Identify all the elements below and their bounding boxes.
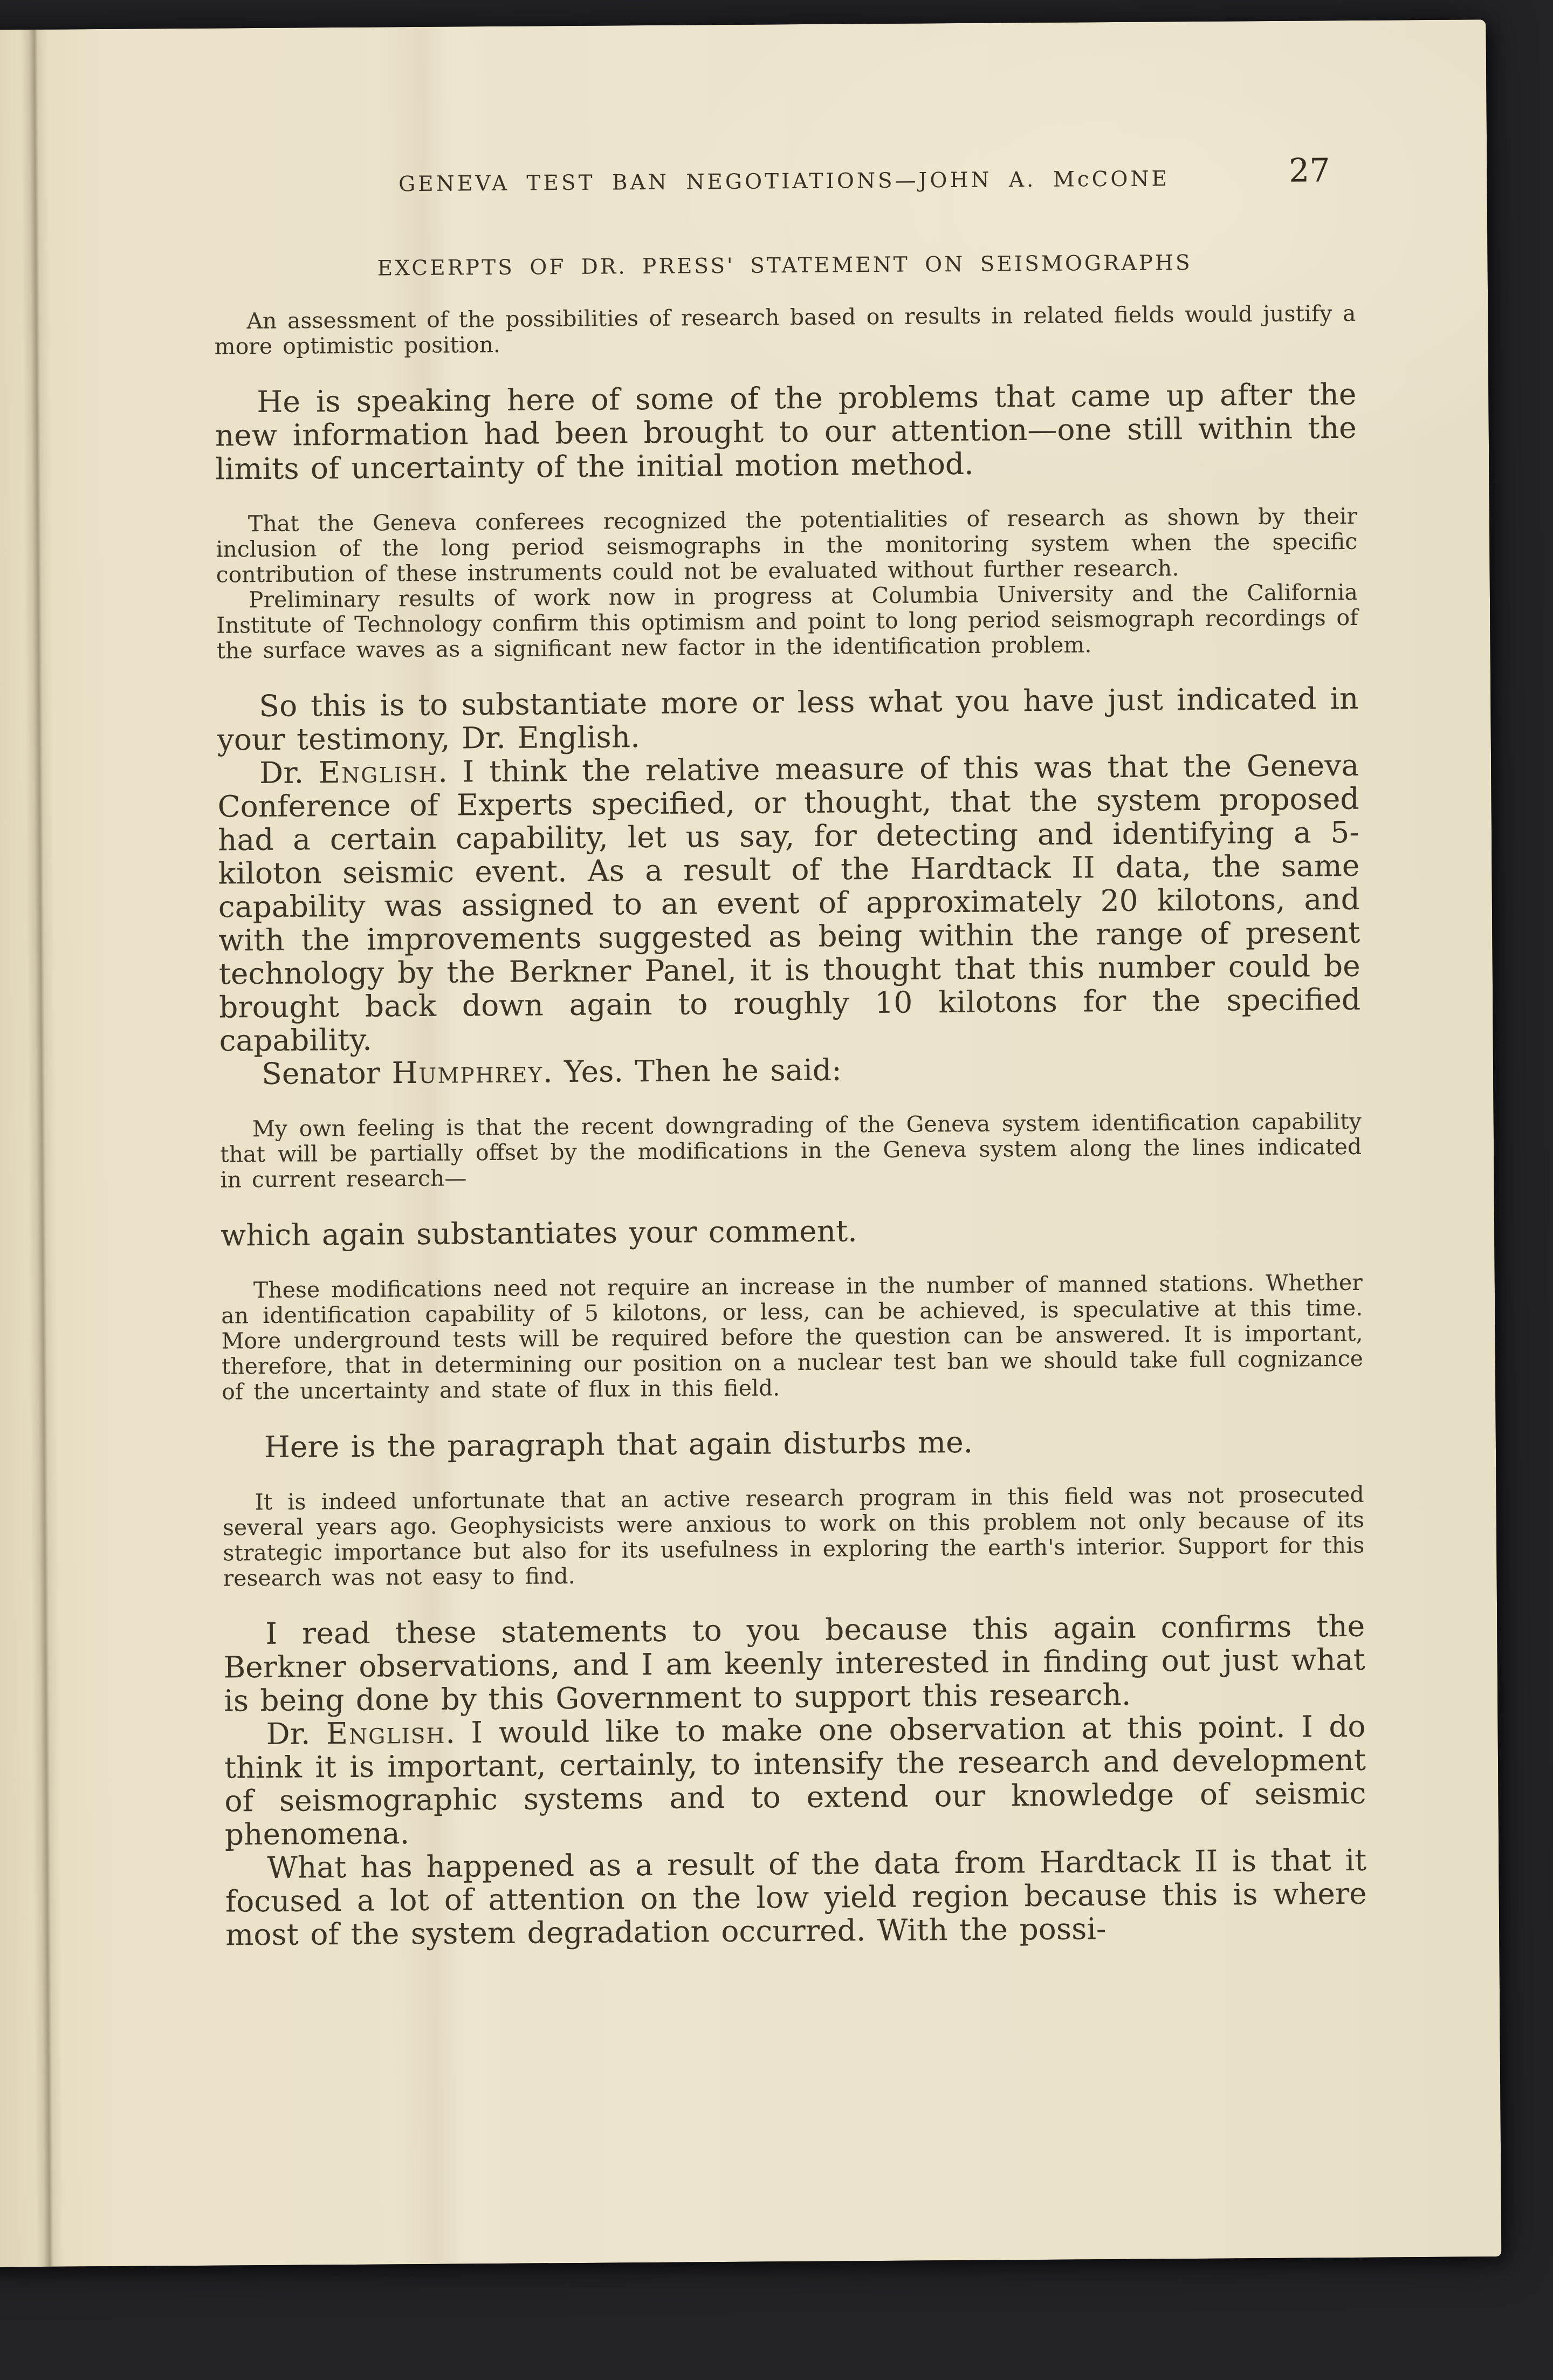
paragraph: Dr. English. I think the relative measur… (217, 749, 1361, 1058)
gutter-crease (20, 30, 64, 2267)
paragraph-text: Here is the paragraph that again disturb… (264, 1425, 973, 1464)
page-title: GENEVA TEST BAN NEGOTIATIONS—JOHN A. McC… (398, 167, 1170, 196)
paragraph-text: Senator (262, 1055, 392, 1091)
paragraph: He is speaking here of some of the probl… (215, 378, 1357, 486)
paragraph-text: It is indeed unfortunate that an active … (223, 1482, 1365, 1592)
speaker-name: English (326, 1716, 446, 1751)
paragraph: I read these statements to you because t… (223, 1609, 1365, 1718)
paragraph: Senator Humphrey. Yes. Then he said: (219, 1050, 1361, 1091)
paragraph-text: Dr. (259, 755, 319, 790)
paragraph: What has happened as a result of the dat… (225, 1843, 1367, 1952)
paper-page: GENEVA TEST BAN NEGOTIATIONS—JOHN A. McC… (0, 19, 1501, 2267)
paragraph-text: What has happened as a result of the dat… (225, 1843, 1367, 1952)
paragraph: Dr. English. I would like to make one ob… (224, 1710, 1366, 1851)
scanned-document: GENEVA TEST BAN NEGOTIATIONS—JOHN A. McC… (0, 0, 1553, 2380)
paragraph: My own feeling is that the recent downgr… (220, 1109, 1362, 1193)
speaker-name: English (319, 755, 438, 790)
paragraph-text: These modifications need not require an … (221, 1270, 1363, 1405)
paragraph: So this is to substantiate more or less … (217, 682, 1359, 757)
paragraph: These modifications need not require an … (221, 1270, 1364, 1405)
section-heading: EXCERPTS OF DR. PRESS' STATEMENT ON SEIS… (214, 249, 1356, 283)
paragraph-text: I read these statements to you because t… (224, 1609, 1365, 1718)
paragraph: which again substantiates your comment. (221, 1211, 1362, 1252)
paragraph-text: My own feeling is that the recent downgr… (220, 1108, 1362, 1193)
speaker-name: Humphrey (391, 1054, 543, 1090)
printed-content: GENEVA TEST BAN NEGOTIATIONS—JOHN A. McC… (213, 165, 1367, 1952)
paragraph-text: . I think the relative measure of this w… (217, 748, 1360, 1058)
paragraph-text: That the Geneva conferees recognized the… (216, 503, 1357, 588)
paragraphs: An assessment of the possibilities of re… (214, 301, 1367, 1952)
paragraph: That the Geneva conferees recognized the… (216, 504, 1358, 588)
paragraph: Here is the paragraph that again disturb… (222, 1423, 1364, 1464)
paragraph-text: So this is to substantiate more or less … (217, 681, 1359, 757)
paragraph: Preliminary results of work now in progr… (216, 580, 1358, 664)
paragraph-text: . Yes. Then he said: (543, 1053, 842, 1089)
paragraph-text: An assessment of the possibilities of re… (214, 300, 1356, 360)
paragraph-text: He is speaking here of some of the probl… (215, 377, 1357, 486)
paragraph: An assessment of the possibilities of re… (214, 301, 1356, 360)
paragraph: It is indeed unfortunate that an active … (222, 1482, 1364, 1592)
paragraph-text: which again substantiates your comment. (221, 1213, 857, 1252)
page-number: 27 (1289, 157, 1330, 184)
paragraph-text: Dr. (266, 1716, 326, 1751)
paragraph-text: Preliminary results of work now in progr… (216, 579, 1358, 664)
